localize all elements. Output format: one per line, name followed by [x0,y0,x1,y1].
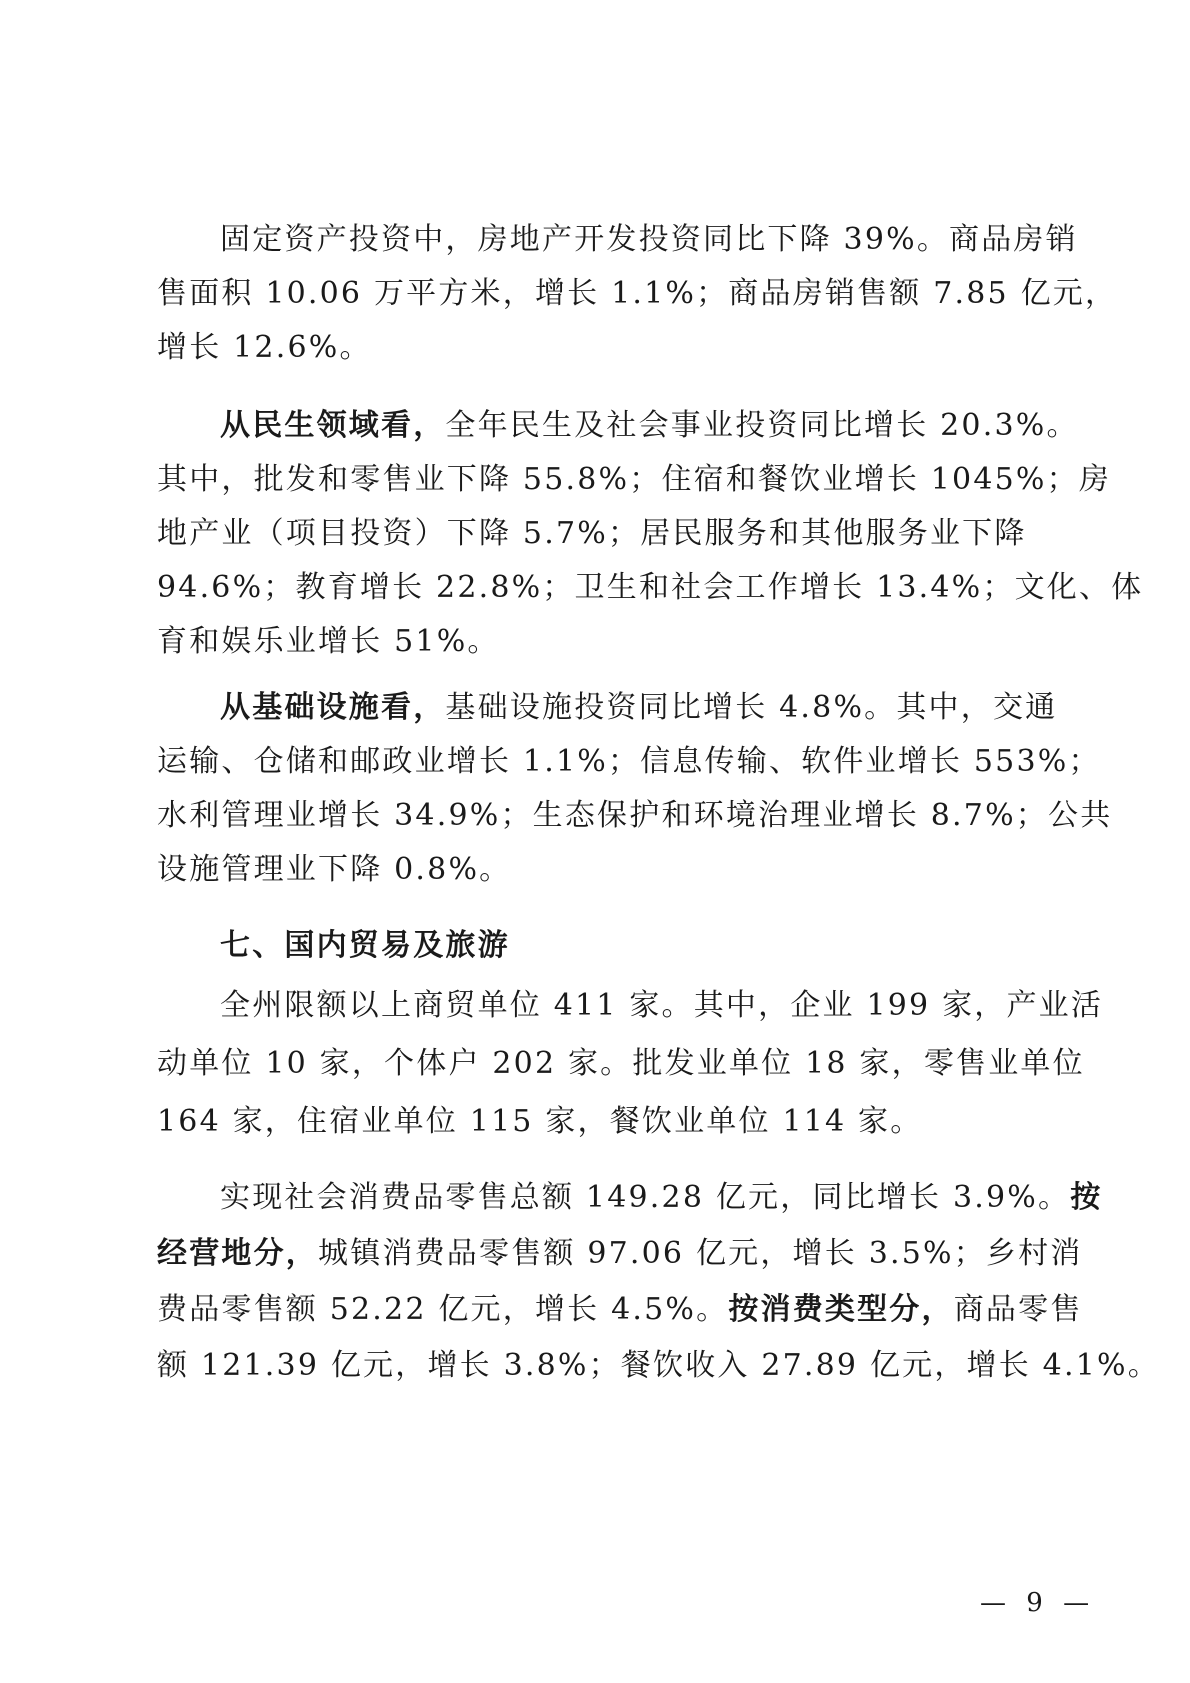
paragraph-line: 其中，批发和零售业下降 55.8%；住宿和餐饮业增长 1045%；房 [157,462,1037,498]
section-heading: 七、国内贸易及旅游 [220,928,1100,964]
paragraph-line: 水利管理业增长 34.9%；生态保护和环境治理业增长 8.7%；公共 [157,798,1037,834]
paragraph-line: 费品零售额 52.22 亿元，增长 4.5%。按消费类型分，商品零售 [157,1292,1037,1328]
lead-phrase: 从民生领域看， [220,408,445,443]
paragraph-line: 全州限额以上商贸单位 411 家。其中，企业 199 家，产业活 [220,988,1100,1024]
paragraph-line: 育和娱乐业增长 51%。 [157,624,1037,660]
paragraph-line: 售面积 10.06 万平方米，增长 1.1%；商品房销售额 7.85 亿元， [157,276,1037,312]
paragraph-line: 经营地分，城镇消费品零售额 97.06 亿元，增长 3.5%；乡村消 [157,1236,1037,1272]
document-page: 固定资产投资中，房地产开发投资同比下降 39%。商品房销 售面积 10.06 万… [0,0,1190,1683]
lead-phrase: 按消费类型分， [728,1292,953,1327]
paragraph-line: 动单位 10 家，个体户 202 家。批发业单位 18 家，零售业单位 [157,1046,1037,1082]
paragraph-line: 从基础设施看，基础设施投资同比增长 4.8%。其中，交通 [220,690,1100,726]
paragraph-line: 设施管理业下降 0.8%。 [157,852,1037,888]
paragraph-line: 地产业（项目投资）下降 5.7%；居民服务和其他服务业下降 [157,516,1037,552]
paragraph-line: 实现社会消费品零售总额 149.28 亿元，同比增长 3.9%。按 [220,1180,1100,1216]
paragraph-line: 94.6%；教育增长 22.8%；卫生和社会工作增长 13.4%；文化、体 [157,570,1037,606]
paragraph-line: 增长 12.6%。 [157,330,1037,366]
paragraph-line: 额 121.39 亿元，增长 3.8%；餐饮收入 27.89 亿元，增长 4.1… [157,1348,1037,1384]
page-number: — 9 — [980,1588,1095,1618]
lead-phrase: 从基础设施看， [220,690,445,725]
lead-phrase: 经营地分， [157,1236,318,1271]
paragraph-line: 164 家，住宿业单位 115 家，餐饮业单位 114 家。 [157,1104,1037,1140]
paragraph-line: 运输、仓储和邮政业增长 1.1%；信息传输、软件业增长 553%； [157,744,1037,780]
paragraph-line: 固定资产投资中，房地产开发投资同比下降 39%。商品房销 [220,222,1100,258]
paragraph-line: 从民生领域看，全年民生及社会事业投资同比增长 20.3%。 [220,408,1100,444]
